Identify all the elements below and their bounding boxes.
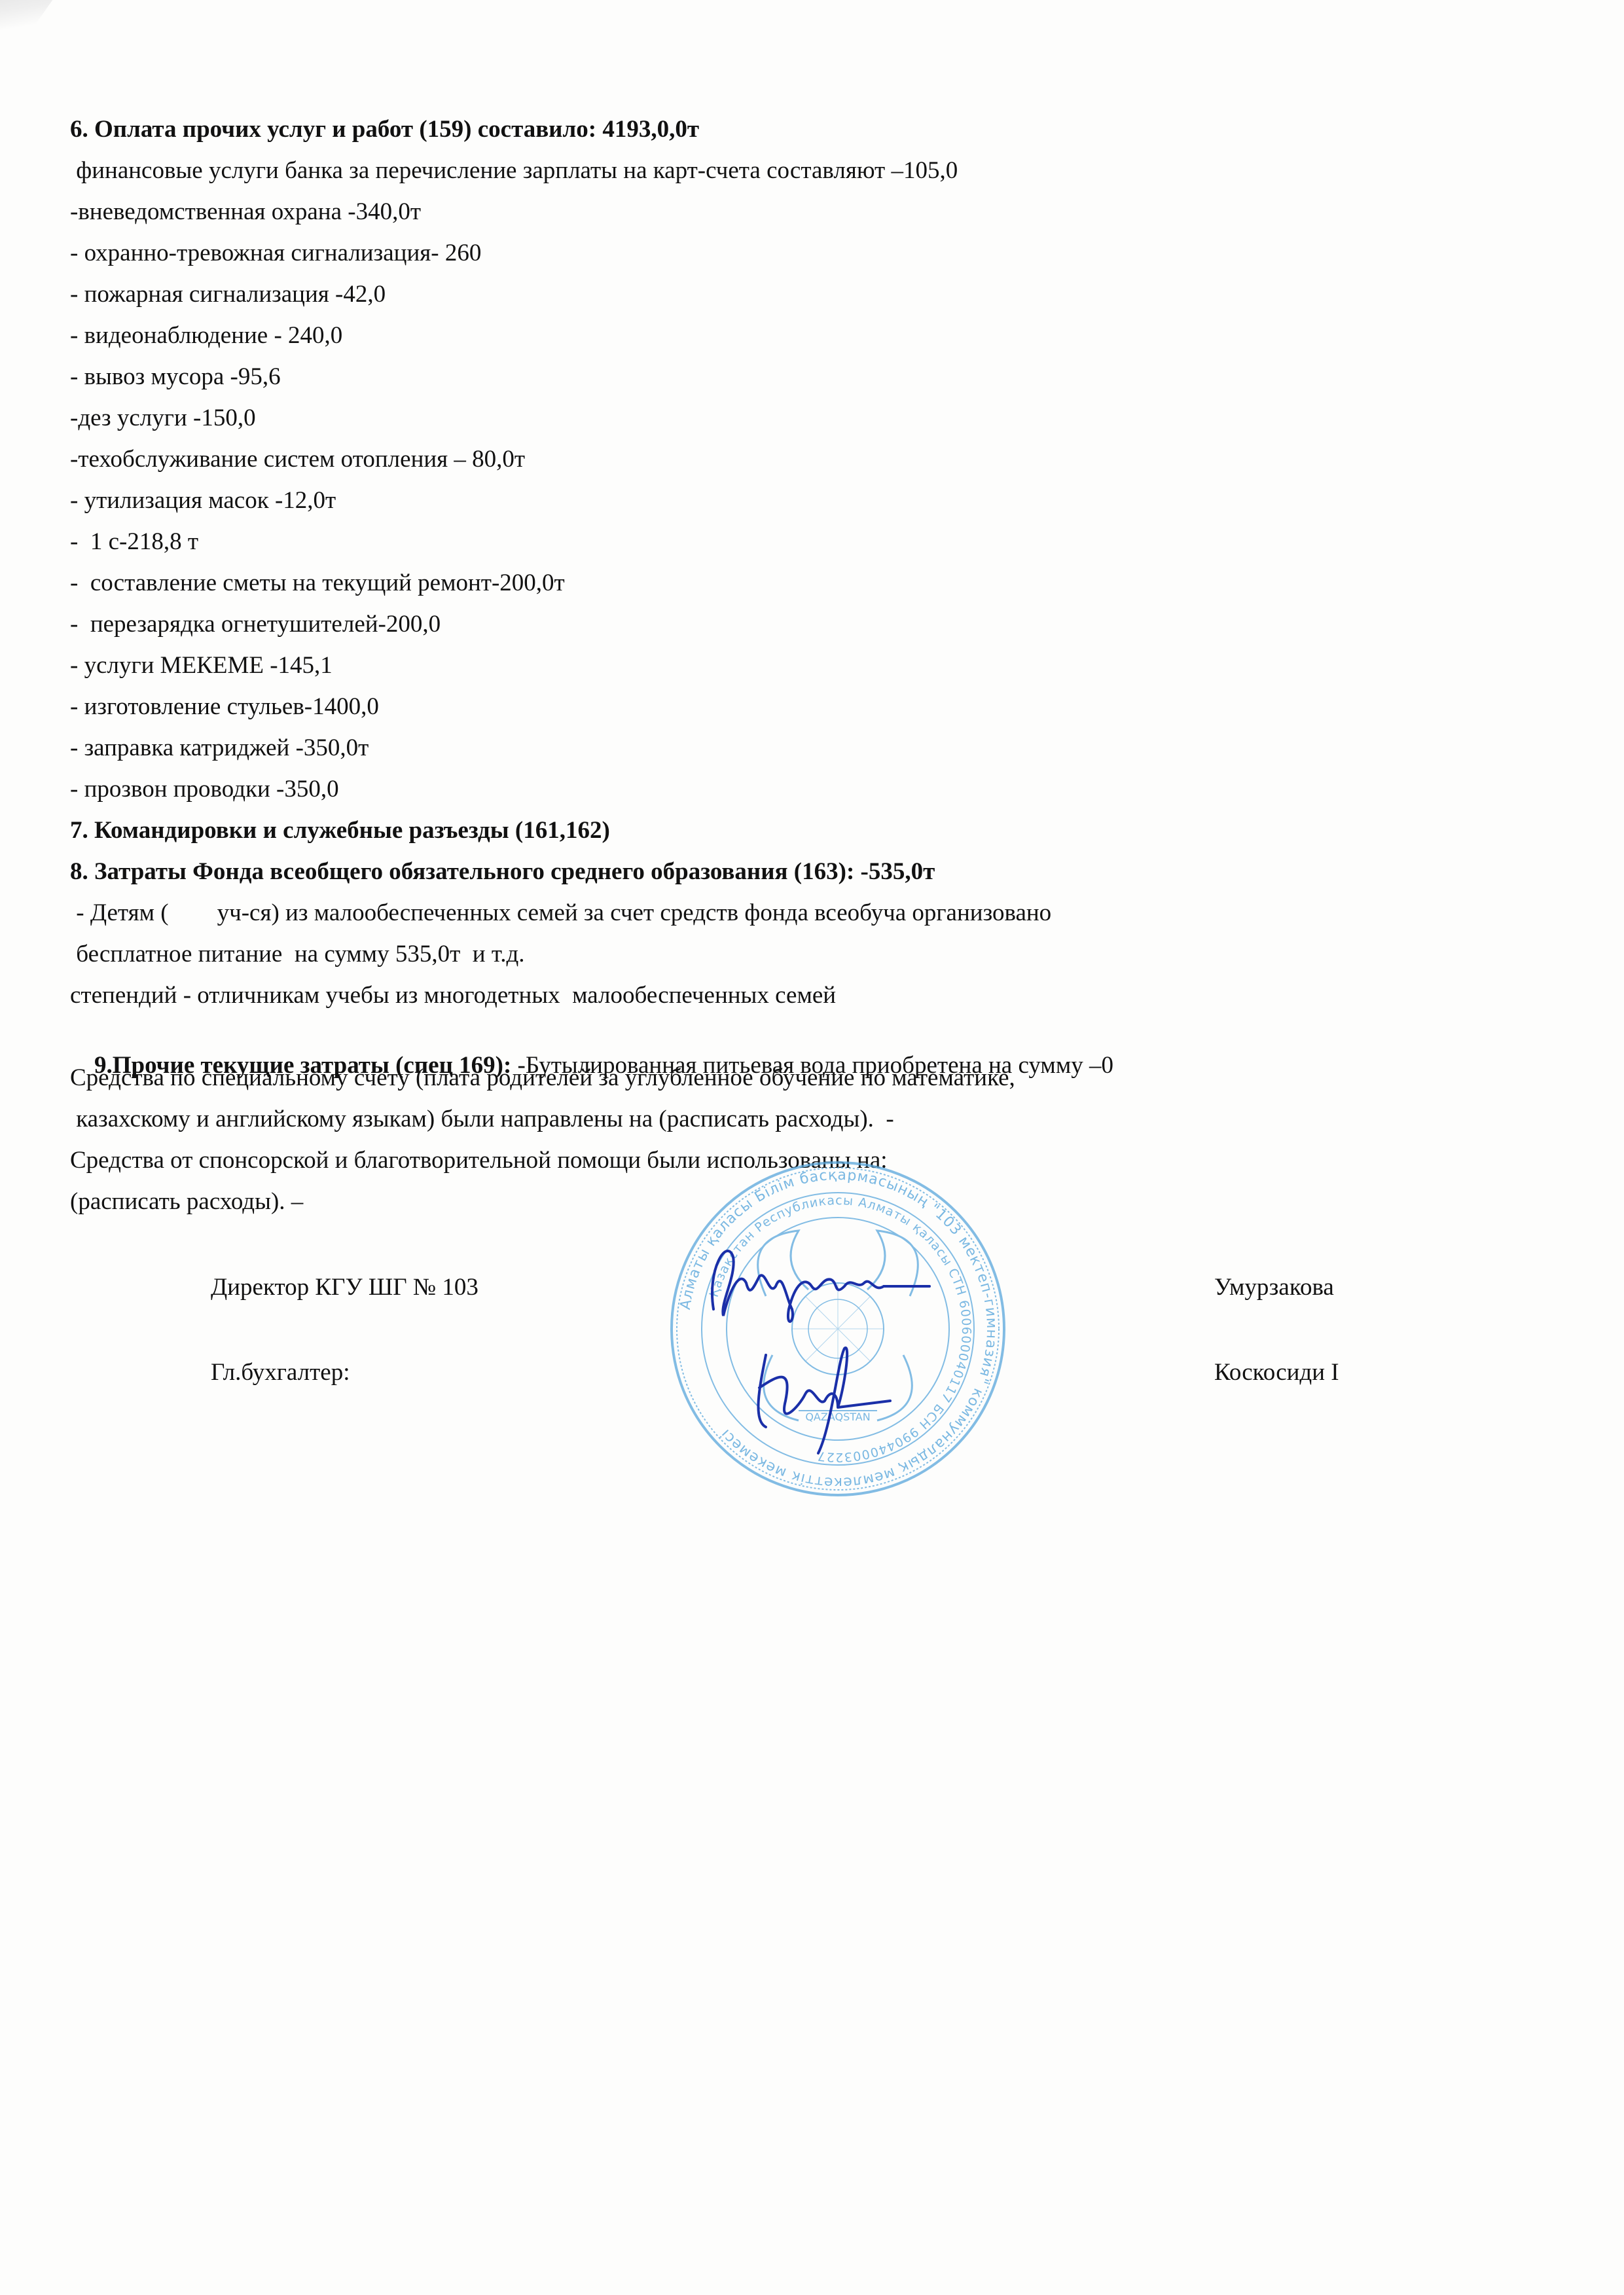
section-6-item: - утилизация масок -12,0т [70, 486, 336, 515]
special-account-line: казахскому и английскому языкам) были на… [70, 1105, 894, 1134]
sponsorship-line: (расписать расходы). – [70, 1187, 303, 1216]
accountant-title: Гл.бухгалтер: [211, 1358, 350, 1387]
section-6-item: -техобслуживание систем отопления – 80,0… [70, 445, 525, 474]
section-8-line: - Детям ( уч-ся) из малообеспеченных сем… [70, 899, 1051, 928]
section-6-item: - изготовление стульев-1400,0 [70, 693, 379, 721]
section-6-item: - составление сметы на текущий ремонт-20… [70, 569, 565, 598]
section-6-item: - вывоз мусора -95,6 [70, 363, 281, 391]
section-7-heading: 7. Командировки и служебные разъезды (16… [70, 816, 610, 845]
section-6-item: - перезарядка огнетушителей-200,0 [70, 610, 441, 639]
special-account-line: Средства по специальному счету (плата ро… [70, 1064, 1015, 1093]
section-8-heading: 8. Затраты Фонда всеобщего обязательного… [70, 858, 935, 886]
section-8-line: бесплатное питание на сумму 535,0т и т.д… [70, 940, 525, 969]
director-signature [694, 1231, 943, 1335]
accountant-signature [740, 1329, 910, 1460]
section-8-line: степендий - отличникам учебы из многодет… [70, 981, 836, 1010]
section-6-item: -дез услуги -150,0 [70, 404, 256, 433]
section-6-item: финансовые услуги банка за перечисление … [70, 156, 958, 185]
section-6-item: - заправка катриджей -350,0т [70, 734, 369, 763]
section-6-item: - прозвон проводки -350,0 [70, 775, 339, 804]
section-9-line: 9.Прочие текущие затраты (спец 169): -Бу… [70, 1022, 1113, 1051]
section-6-item: - услуги МЕКЕМЕ -145,1 [70, 651, 333, 680]
director-title: Директор КГУ ШГ № 103 [211, 1273, 478, 1302]
section-6-item: - 1 с-218,8 т [70, 528, 198, 556]
section-6-heading: 6. Оплата прочих услуг и работ (159) сос… [70, 115, 699, 144]
director-name: Умурзакова [1214, 1273, 1334, 1302]
section-6-item: -вневедомственная охрана -340,0т [70, 198, 421, 226]
section-6-item: - видеонаблюдение - 240,0 [70, 321, 342, 350]
page-corner-fold [0, 0, 58, 67]
section-6-item: - охранно-тревожная сигнализация- 260 [70, 239, 481, 268]
accountant-name: Коскосиди I [1214, 1358, 1339, 1387]
section-6-item: - пожарная сигнализация -42,0 [70, 280, 386, 309]
